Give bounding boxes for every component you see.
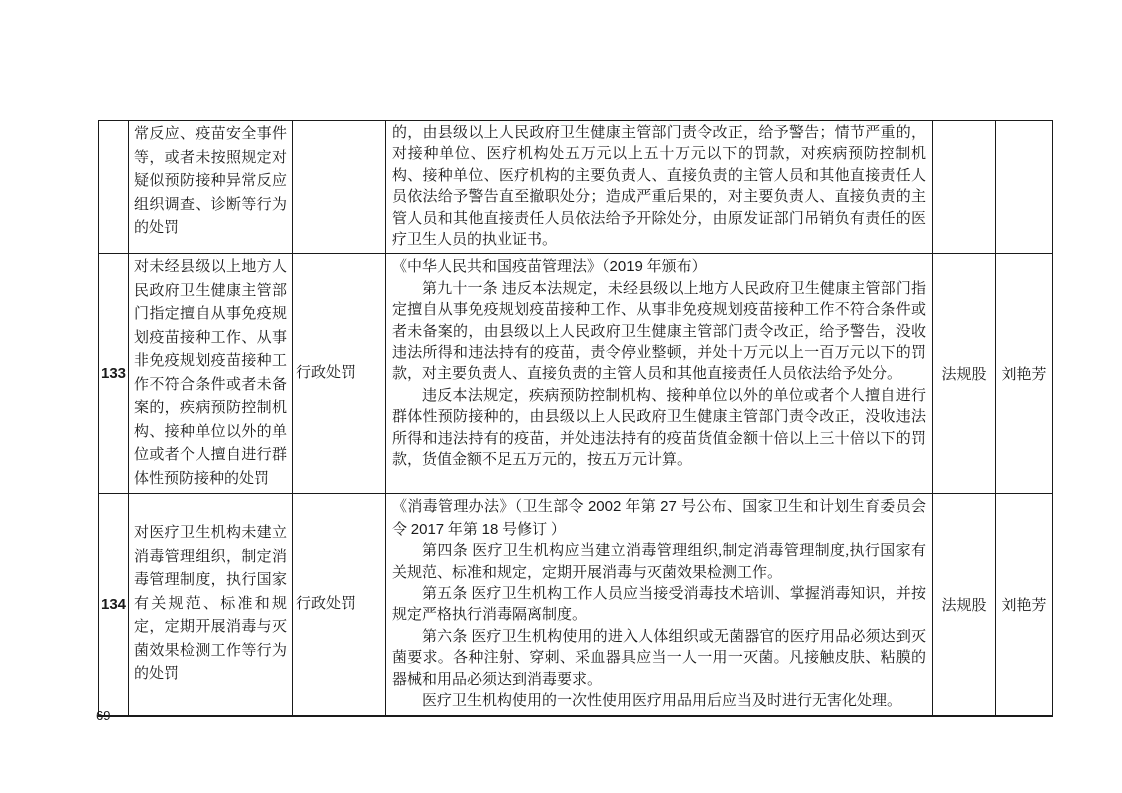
legal-basis-cell: 的，由县级以上人民政府卫生健康主管部门责令改正，给予警告；情节严重的，对接种单位…: [386, 121, 933, 254]
penalty-type-cell: 行政处罚: [293, 494, 386, 716]
legal-paragraph: 第六条 医疗卫生机构使用的进入人体组织或无菌器官的医疗用品必须达到灭菌要求。各种…: [392, 627, 926, 691]
reviewer-cell: [996, 121, 1053, 254]
legal-paragraph: 医疗卫生机构使用的一次性使用医疗用品用后应当及时进行无害化处理。: [392, 691, 926, 712]
department-cell: 法规股: [933, 254, 996, 494]
legal-paragraph: 第五条 医疗卫生机构工作人员应当接受消毒技术培训、掌握消毒知识，并按规定严格执行…: [392, 584, 926, 627]
department-cell: 法规股: [933, 494, 996, 716]
regulations-table: 常反应、疫苗安全事件等，或者未按照规定对疑似预防接种异常反应组织调查、诊断等行为…: [98, 120, 1053, 717]
document-page: 常反应、疫苗安全事件等，或者未按照规定对疑似预防接种异常反应组织调查、诊断等行为…: [0, 0, 1122, 793]
reviewer-cell: 刘艳芳: [996, 494, 1053, 716]
row-id-cell: 133: [99, 254, 129, 494]
penalty-type-cell: [293, 121, 386, 254]
legal-citation: 《中华人民共和国疫苗管理法》（2019 年颁布）: [392, 256, 926, 278]
legal-paragraph: 的，由县级以上人民政府卫生健康主管部门责令改正，给予警告；情节严重的，对接种单位…: [392, 123, 926, 251]
legal-paragraph: 第四条 医疗卫生机构应当建立消毒管理组织,制定消毒管理制度,执行国家有关规范、标…: [392, 541, 926, 584]
table-row-134: 134 对医疗卫生机构未建立消毒管理组织，制定消毒管理制度，执行国家有关规范、标…: [99, 494, 1053, 716]
penalty-type-cell: 行政处罚: [293, 254, 386, 494]
legal-paragraph: 第九十一条 违反本法规定，未经县级以上地方人民政府卫生健康主管部门指定擅自从事免…: [392, 279, 926, 386]
violation-cell: 对医疗卫生机构未建立消毒管理组织，制定消毒管理制度，执行国家有关规范、标准和规定…: [129, 494, 293, 716]
row-id-cell: 134: [99, 494, 129, 716]
violation-cell: 常反应、疫苗安全事件等，或者未按照规定对疑似预防接种异常反应组织调查、诊断等行为…: [129, 121, 293, 254]
page-number: 69: [96, 708, 110, 723]
row-id-cell: [99, 121, 129, 254]
violation-cell: 对未经县级以上地方人民政府卫生健康主管部门指定擅自从事免疫规划疫苗接种工作、从事…: [129, 254, 293, 494]
department-cell: [933, 121, 996, 254]
legal-paragraph: 违反本法规定，疾病预防控制机构、接种单位以外的单位或者个人擅自进行群体性预防接种…: [392, 386, 926, 472]
legal-basis-cell: 《中华人民共和国疫苗管理法》（2019 年颁布） 第九十一条 违反本法规定，未经…: [386, 254, 933, 494]
table-row-133: 133 对未经县级以上地方人民政府卫生健康主管部门指定擅自从事免疫规划疫苗接种工…: [99, 254, 1053, 494]
legal-citation: 《消毒管理办法》（卫生部令 2002 年第 27 号公布、国家卫生和计划生育委员…: [392, 496, 926, 541]
reviewer-cell: 刘艳芳: [996, 254, 1053, 494]
table-row-continuation: 常反应、疫苗安全事件等，或者未按照规定对疑似预防接种异常反应组织调查、诊断等行为…: [99, 121, 1053, 254]
legal-basis-cell: 《消毒管理办法》（卫生部令 2002 年第 27 号公布、国家卫生和计划生育委员…: [386, 494, 933, 716]
